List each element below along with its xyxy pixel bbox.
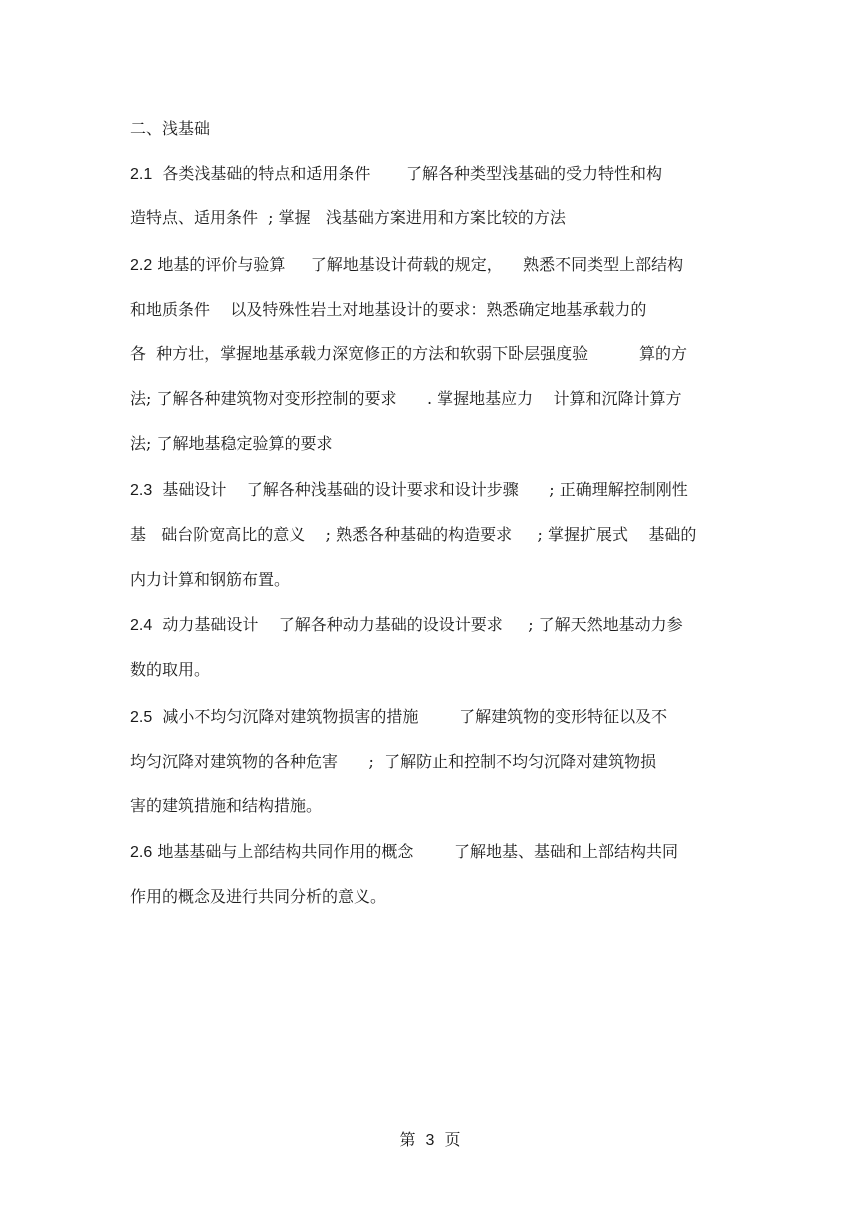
paragraph-line: 2.2 地基的评价与验算 了解地基设计荷载的规定， 熟悉不同类型上部结构	[130, 255, 683, 276]
page-footer: 第3页	[0, 1127, 860, 1150]
paragraph-line: 均匀沉降对建筑物的各种危害 ; 了解防止和控制不均匀沉降对建筑物损	[130, 752, 656, 773]
paragraph-line: 2.4 动力基础设计 了解各种动力基础的设设计要求 ; 了解天然地基动力参	[130, 615, 683, 636]
paragraph-line: 基 础台阶宽高比的意义 ; 熟悉各种基础的构造要求 ; 掌握扩展式 基础的	[130, 525, 696, 546]
paragraph-line: 2.6 地基基础与上部结构共同作用的概念 了解地基、基础和上部结构共同	[130, 842, 678, 863]
paragraph-line: 和地质条件 以及特殊性岩土对地基设计的要求：熟悉确定地基承载力的	[130, 300, 646, 321]
section-title: 二、浅基础	[130, 119, 210, 139]
paragraph-line: 害的建筑措施和结构措施。	[130, 796, 322, 817]
paragraph-line: 作用的概念及进行共同分析的意义。	[130, 887, 386, 908]
paragraph-line: 法; 了解地基稳定验算的要求	[130, 434, 332, 455]
paragraph-line: 2.5 减小不均匀沉降对建筑物损害的措施 了解建筑物的变形特征以及不	[130, 707, 667, 728]
item-number: 2.1	[130, 166, 152, 183]
paragraph-line: 2.1 各类浅基础的特点和适用条件 了解各种类型浅基础的受力特性和构	[130, 164, 662, 185]
item-number: 2.2	[130, 257, 152, 274]
paragraph-line: 数的取用。	[130, 660, 210, 681]
paragraph-line: 法; 了解各种建筑物对变形控制的要求 . 掌握地基应力 计算和沉降计算方	[130, 389, 682, 410]
paragraph-line: 2.3 基础设计 了解各种浅基础的设计要求和设计步骤 ; 正确理解控制刚性	[130, 480, 688, 501]
page-number: 3	[426, 1132, 435, 1149]
item-number: 2.3	[130, 482, 152, 499]
item-number: 2.4	[130, 617, 152, 634]
item-number: 2.6	[130, 844, 152, 861]
paragraph-line: 各 种方壮，掌握地基承载力深宽修正的方法和软弱下卧层强度验 算的方	[130, 344, 687, 365]
item-number: 2.5	[130, 709, 152, 726]
paragraph-line: 造特点、适用条件 ; 掌握 浅基础方案进用和方案比较的方法	[130, 208, 566, 229]
paragraph-line: 内力计算和钢筋布置。	[130, 570, 290, 591]
